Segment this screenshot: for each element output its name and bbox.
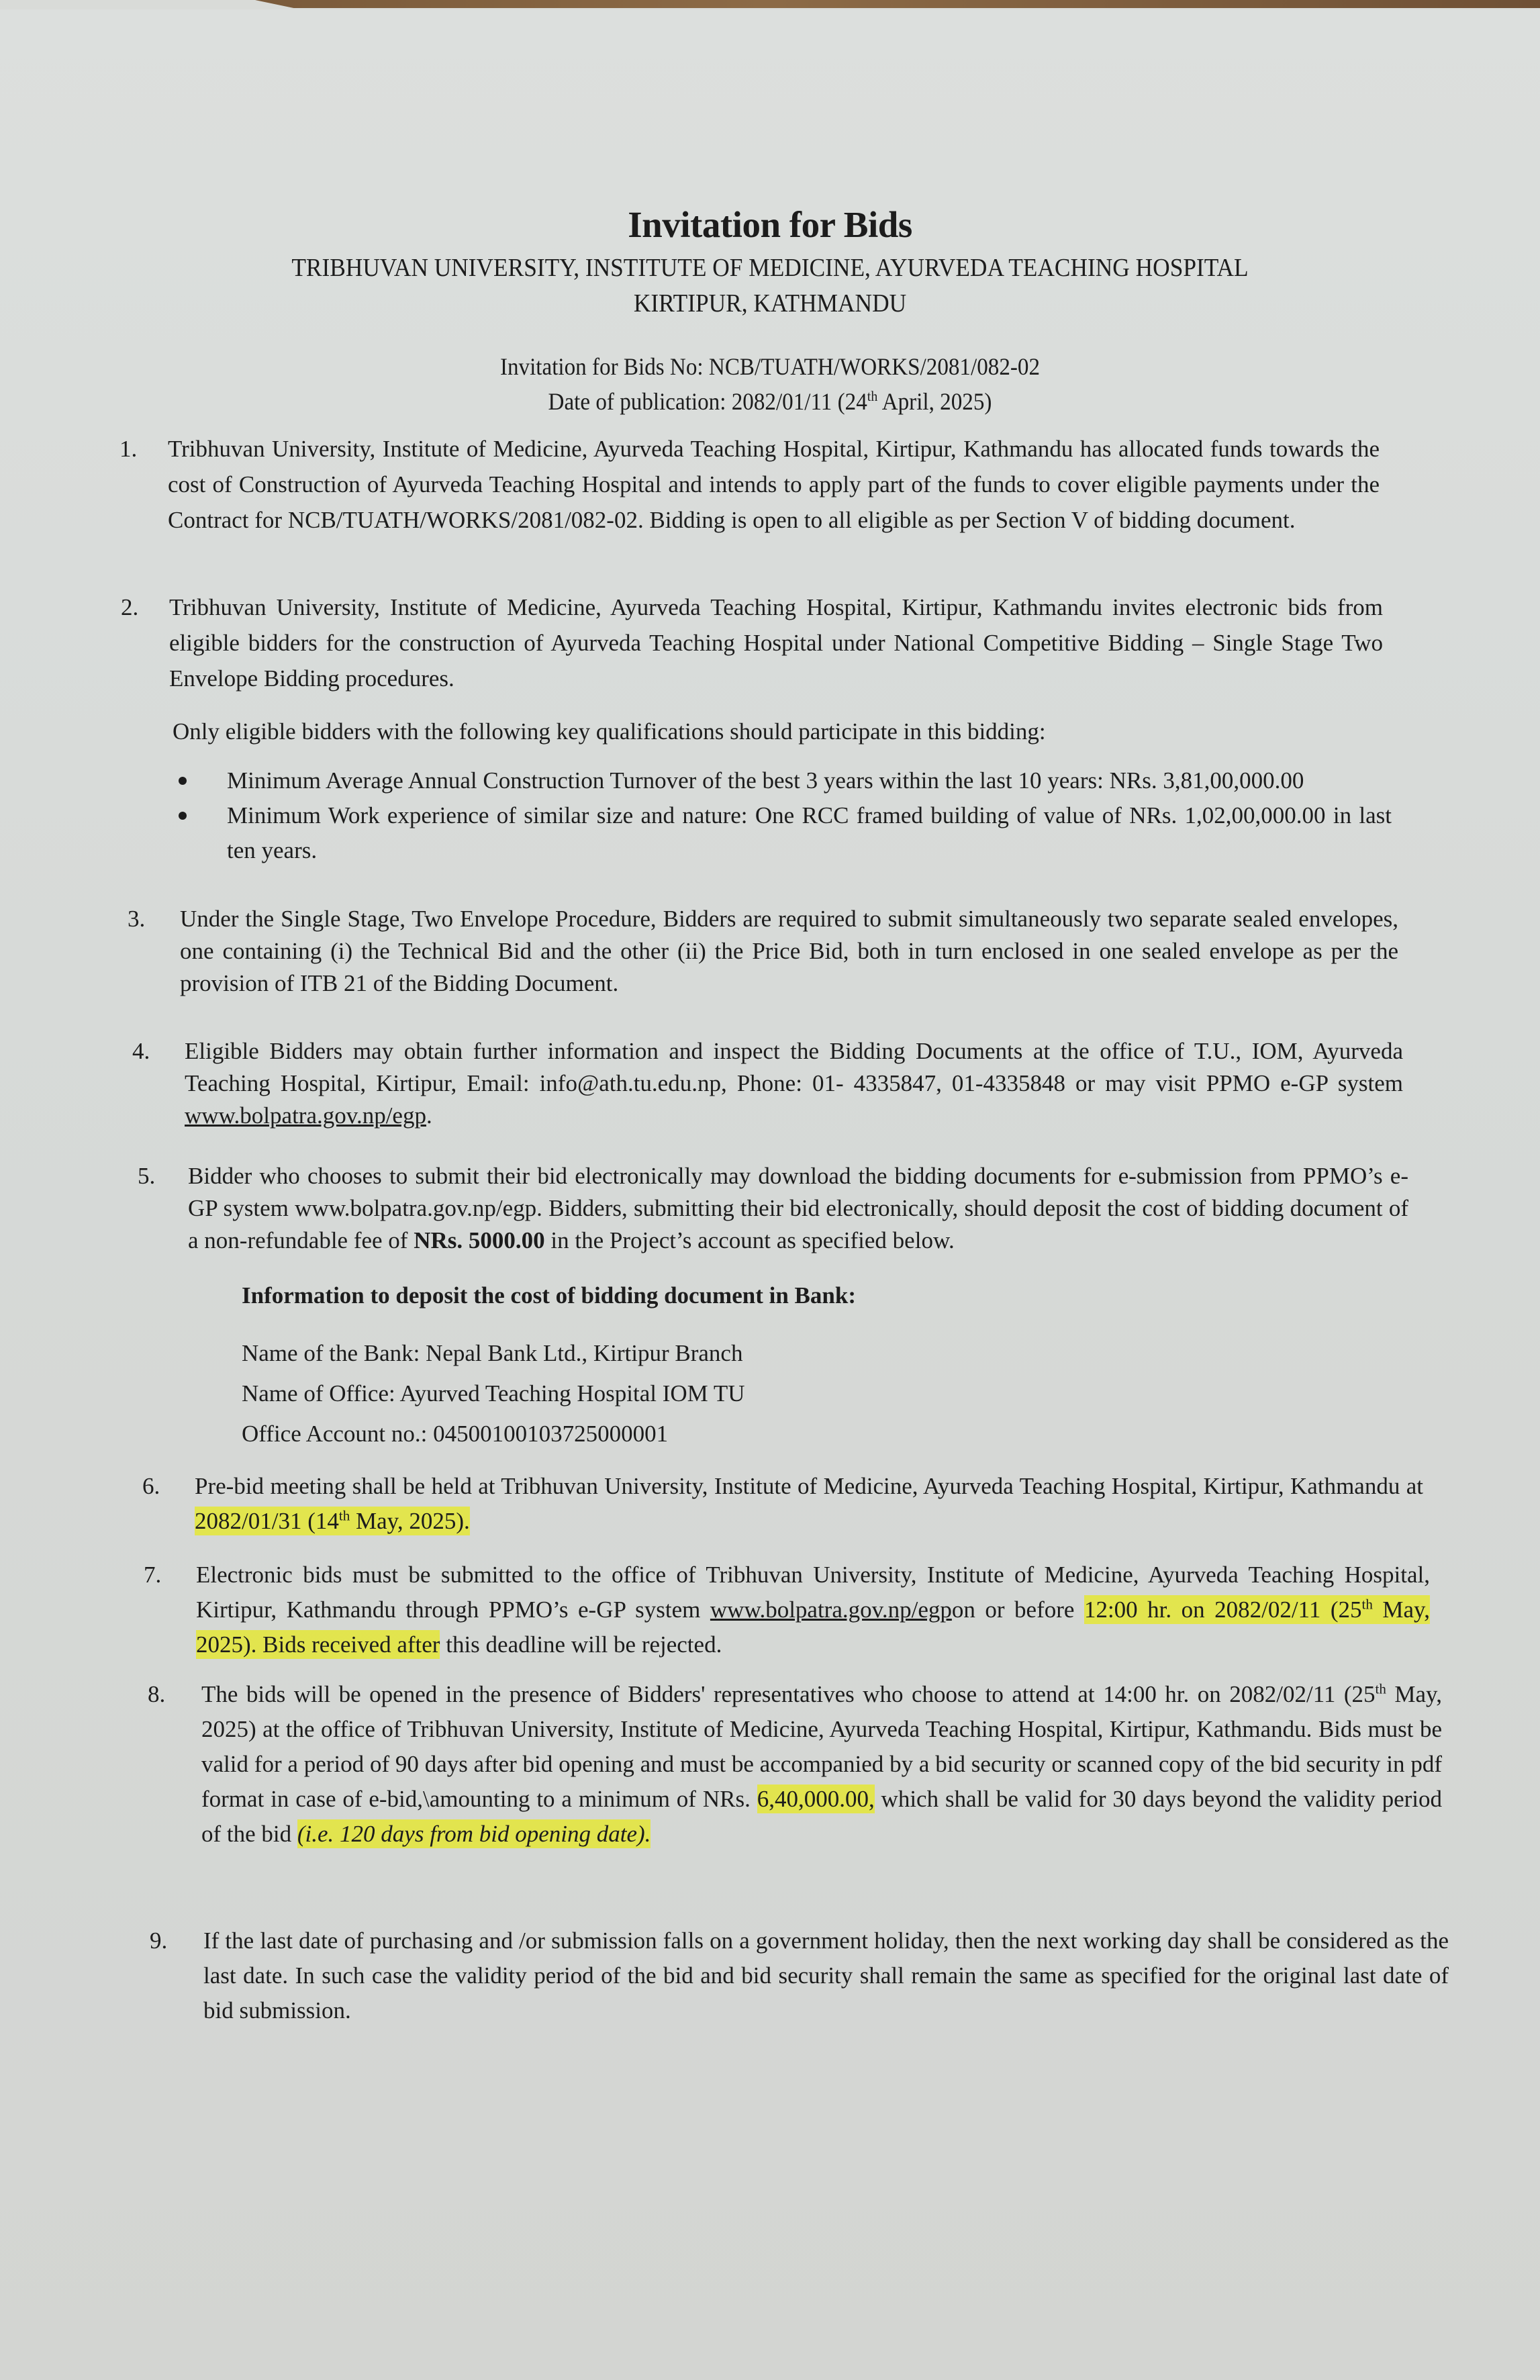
highlight-text-end: May, 2025). [350,1508,470,1534]
clause-6: 6. Pre-bid meeting shall be held at Trib… [195,1469,1423,1539]
clause-number: 4. [132,1035,150,1067]
clause-text: If the last date of purchasing and /or s… [203,1927,1449,2024]
highlighted-validity-note: (i.e. 120 days from bid opening date). [297,1819,651,1848]
ordinal-suffix: th [1376,1680,1386,1697]
bullet-icon [179,777,187,785]
ordinal-suffix: th [1362,1596,1373,1612]
clause-text: Tribhuvan University, Institute of Medic… [169,594,1383,692]
highlight-text: 12:00 hr. on 2082/02/11 (25 [1084,1597,1362,1623]
clause-text: The bids will be opened in the presence … [201,1681,1376,1707]
qualifications-list: Minimum Average Annual Construction Turn… [173,763,1392,868]
clause-text-end: . [426,1102,432,1129]
qualification-item: Minimum Average Annual Construction Turn… [173,763,1392,798]
clause-text: Eligible Bidders may obtain further info… [185,1038,1403,1096]
clause-number: 2. [121,589,138,625]
clause-number: 8. [148,1677,165,1712]
bullet-icon [179,812,187,820]
bank-name: Name of the Bank: Nepal Bank Ltd., Kirti… [242,1333,856,1374]
organization-location: KIRTIPUR, KATHMANDU [54,289,1486,318]
clause-4: 4. Eligible Bidders may obtain further i… [185,1035,1403,1132]
clause-2: 2. Tribhuvan University, Institute of Me… [169,589,1383,696]
qualification-text: Minimum Work experience of similar size … [227,802,1392,863]
publication-date-text-end: April, 2025) [877,388,992,415]
clause-text: Pre-bid meeting shall be held at Tribhuv… [195,1473,1423,1499]
clause-number: 6. [142,1469,160,1504]
highlighted-prebid-date: 2082/01/31 (14th May, 2025). [195,1507,470,1535]
clause-5: 5. Bidder who chooses to submit their bi… [188,1160,1408,1257]
highlight-text: 2082/01/31 (14 [195,1508,339,1534]
account-number: Office Account no.: 04500100103725000001 [242,1414,856,1454]
clause-text: Under the Single Stage, Two Envelope Pro… [180,906,1398,996]
office-name: Name of Office: Ayurved Teaching Hospita… [242,1374,856,1414]
clause-text-end: in the Project’s account as specified be… [545,1227,955,1253]
organization-name: TRIBHUVAN UNIVERSITY, INSTITUTE OF MEDIC… [54,253,1486,283]
qualification-item: Minimum Work experience of similar size … [173,798,1392,868]
background-table-edge [255,0,1540,8]
bank-info: Information to deposit the cost of biddi… [242,1276,856,1454]
clause-7: 7. Electronic bids must be submitted to … [196,1558,1430,1662]
clause-number: 9. [150,1923,167,1958]
ordinal-suffix: th [867,388,877,404]
ordinal-suffix: th [339,1507,350,1523]
document-title: Invitation for Bids [0,203,1540,246]
clause-number: 3. [128,903,145,935]
egp-link[interactable]: www.bolpatra.gov.np/egp [185,1102,426,1129]
publication-date-text: Date of publication: 2082/01/11 (24 [548,388,867,415]
egp-link[interactable]: www.bolpatra.gov.np/egp [710,1597,952,1623]
clause-1: 1. Tribhuvan University, Institute of Me… [168,431,1380,538]
ifb-number: Invitation for Bids No: NCB/TUATH/WORKS/… [62,352,1478,381]
clause-9: 9. If the last date of purchasing and /o… [203,1923,1449,2028]
clause-number: 5. [138,1160,155,1192]
clause-text: Tribhuvan University, Institute of Medic… [168,436,1380,533]
bank-info-heading: Information to deposit the cost of biddi… [242,1276,856,1316]
highlighted-bid-security-amount: 6,40,000.00, [757,1784,875,1813]
clause-8: 8. The bids will be opened in the presen… [201,1677,1442,1852]
clause-text-end: this deadline will be rejected. [440,1631,722,1658]
clause-text-mid: on or before [952,1597,1084,1623]
clause-3: 3. Under the Single Stage, Two Envelope … [180,903,1398,1000]
bidding-fee: NRs. 5000.00 [414,1227,544,1253]
clause-number: 1. [119,431,137,467]
clause-number: 7. [144,1558,161,1592]
qualifications-intro: Only eligible bidders with the following… [173,714,1381,749]
publication-date: Date of publication: 2082/01/11 (24th Ap… [62,387,1478,416]
qualification-text: Minimum Average Annual Construction Turn… [227,767,1304,794]
